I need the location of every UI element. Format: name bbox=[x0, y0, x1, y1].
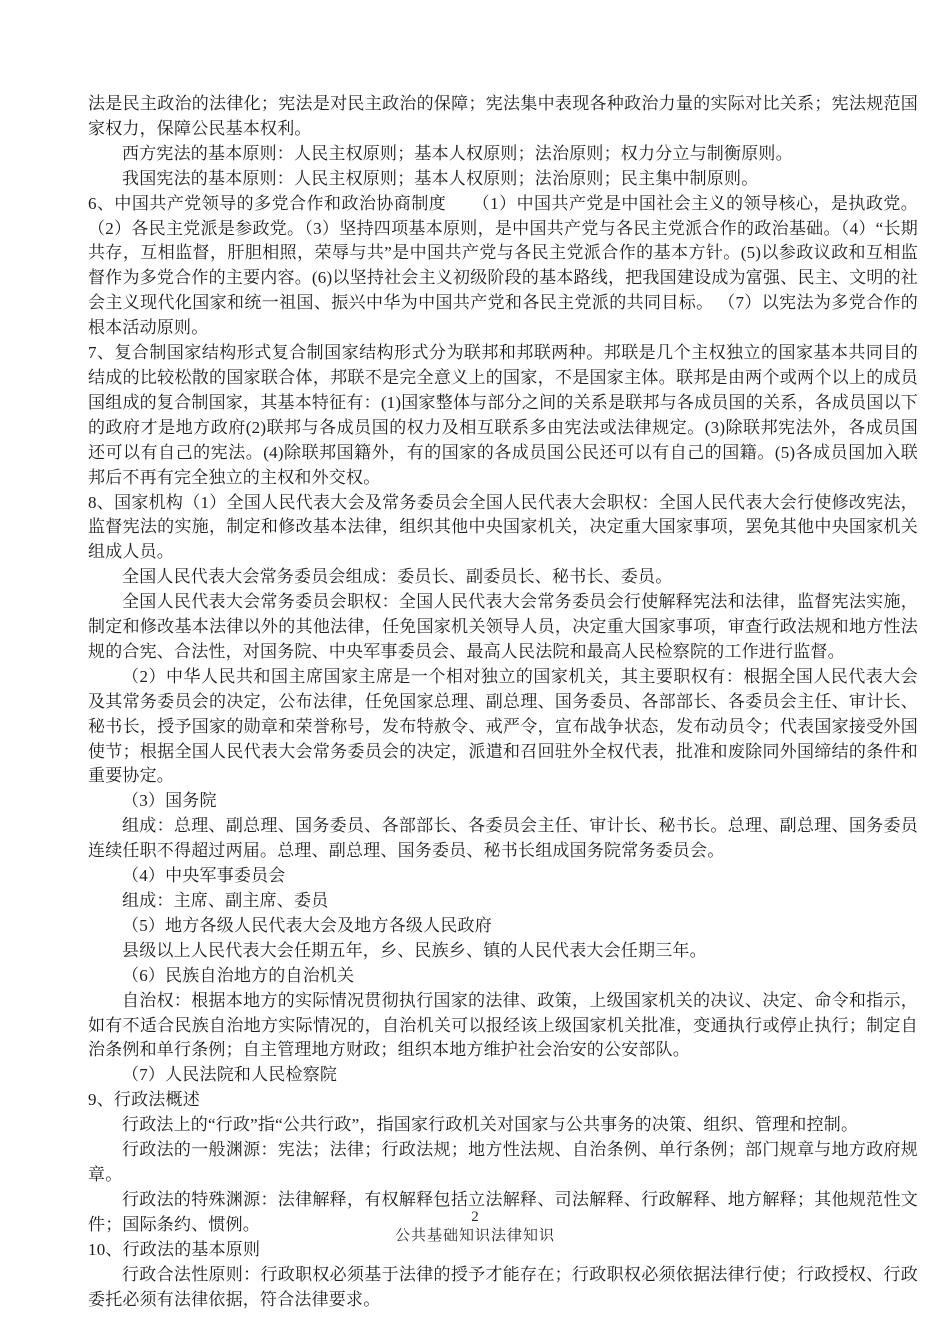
paragraph-courts-procuratorates-heading: （7）人民法院和人民检察院 bbox=[88, 1063, 918, 1088]
paragraph-admin-law-general-sources: 行政法的一般渊源：宪法；法律；行政法规；地方性法规、自治条例、单行条例；部门规章… bbox=[88, 1138, 918, 1188]
paragraph-state-council-heading: （3）国务院 bbox=[88, 789, 918, 814]
paragraph-autonomy-powers: 自治权：根据本地方的实际情况贯彻执行国家的法律、政策，上级国家机关的决议、决定、… bbox=[88, 989, 918, 1064]
paragraph-local-congresses-terms: 县级以上人民代表大会任期五年，乡、民族乡、镇的人民代表大会任期三年。 bbox=[88, 939, 918, 964]
paragraph-state-president: （2）中华人民共和国主席国家主席是一个相对独立的国家机关，其主要职权有：根据全国… bbox=[88, 665, 918, 790]
paragraph-ethnic-autonomous-organs-heading: （6）民族自治地方的自治机关 bbox=[88, 964, 918, 989]
paragraph-local-congresses-heading: （5）地方各级人民代表大会及地方各级人民政府 bbox=[88, 914, 918, 939]
footer-title: 公共基础知识法律知识 bbox=[0, 1226, 950, 1246]
page-footer: 2 公共基础知识法律知识 bbox=[0, 1208, 950, 1246]
paragraph-state-council-composition: 组成：总理、副总理、国务委员、各部部长、各委员会主任、审计长、秘书长。总理、副总… bbox=[88, 814, 918, 864]
paragraph-admin-law-definition: 行政法上的“行政”指“公共行政”，指国家行政机关对国家与公共事务的决策、组织、管… bbox=[88, 1113, 918, 1138]
paragraph-npc-standing-committee-composition: 全国人民代表大会常务委员会组成：委员长、副委员长、秘书长、委员。 bbox=[88, 565, 918, 590]
paragraph-section-9-admin-law-overview: 9、行政法概述 bbox=[88, 1088, 918, 1113]
paragraph-admin-legality-principle: 行政合法性原则：行政职权必须基于法律的授予才能存在；行政职权必须依据法律行使；行… bbox=[88, 1263, 918, 1313]
page-number: 2 bbox=[0, 1208, 950, 1226]
document-page: 法是民主政治的法律化；宪法是对民主政治的保障；宪法集中表现各种政治力量的实际对比… bbox=[0, 0, 950, 1344]
paragraph-npc-standing-committee-powers: 全国人民代表大会常务委员会职权：全国人民代表大会常务委员会行使解释宪法和法律，监… bbox=[88, 590, 918, 665]
paragraph-section-6-multiparty-cooperation: 6、中国共产党领导的多党合作和政治协商制度 （1）中国共产党是中国社会主义的领导… bbox=[88, 192, 918, 341]
paragraph-china-constitution-principles: 我国宪法的基本原则：人民主权原则；基本人权原则；法治原则；民主集中制原则。 bbox=[88, 167, 918, 192]
paragraph-constitution-continuation: 法是民主政治的法律化；宪法是对民主政治的保障；宪法集中表现各种政治力量的实际对比… bbox=[88, 92, 918, 142]
paragraph-western-constitution-principles: 西方宪法的基本原则：人民主权原则；基本人权原则；法治原则；权力分立与制衡原则。 bbox=[88, 142, 918, 167]
paragraph-section-8-state-organs-npc: 8、国家机构（1）全国人民代表大会及常务委员会全国人民代表大会职权：全国人民代表… bbox=[88, 491, 918, 566]
paragraph-central-military-commission-composition: 组成：主席、副主席、委员 bbox=[88, 889, 918, 914]
paragraph-section-7-compound-state-structure: 7、复合制国家结构形式复合制国家结构形式分为联邦和邦联两种。邦联是几个主权独立的… bbox=[88, 341, 918, 490]
document-body: 法是民主政治的法律化；宪法是对民主政治的保障；宪法集中表现各种政治力量的实际对比… bbox=[88, 92, 918, 1312]
paragraph-central-military-commission-heading: （4）中央军事委员会 bbox=[88, 864, 918, 889]
